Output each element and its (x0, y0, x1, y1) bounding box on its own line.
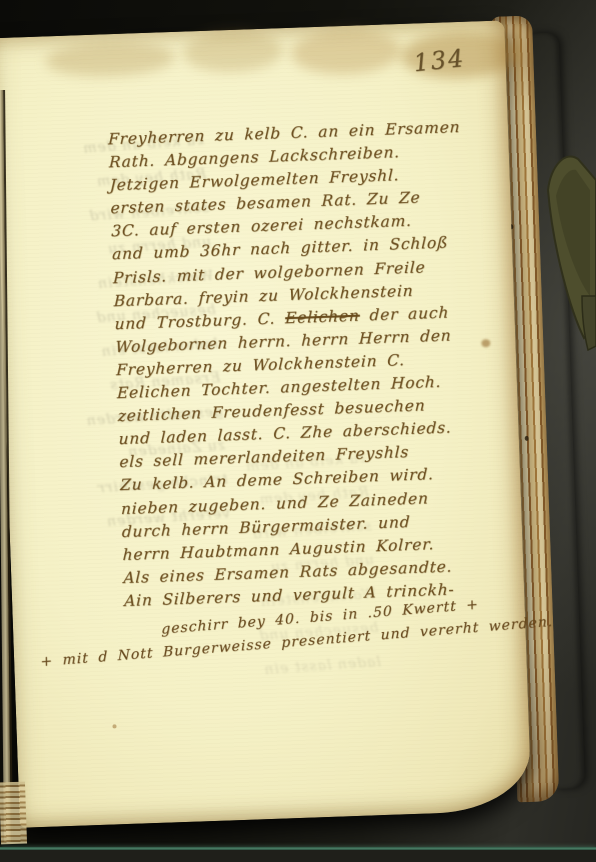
photo-bottom-margin (0, 850, 596, 862)
ink-speck (112, 724, 116, 728)
manuscript-photo: zu kelb an demRath bey demschreiben wird… (0, 0, 596, 862)
bottom-left-leaf-edges (0, 782, 27, 845)
manuscript-page: zu kelb an demRath bey demschreiben wird… (0, 20, 532, 827)
bookmark-ribbon (538, 146, 596, 352)
worm-hole (525, 436, 529, 441)
book: zu kelb an demRath bey demschreiben wird… (0, 6, 594, 838)
paper-stain (290, 28, 401, 76)
paper-stain (182, 30, 283, 73)
page-number: 134 (412, 44, 466, 77)
struck-word: Eelichen (285, 306, 360, 327)
paper-stain (45, 40, 176, 79)
manuscript-text-block: Freyherren zu kelb C. an ein ErsamenRath… (108, 115, 510, 613)
